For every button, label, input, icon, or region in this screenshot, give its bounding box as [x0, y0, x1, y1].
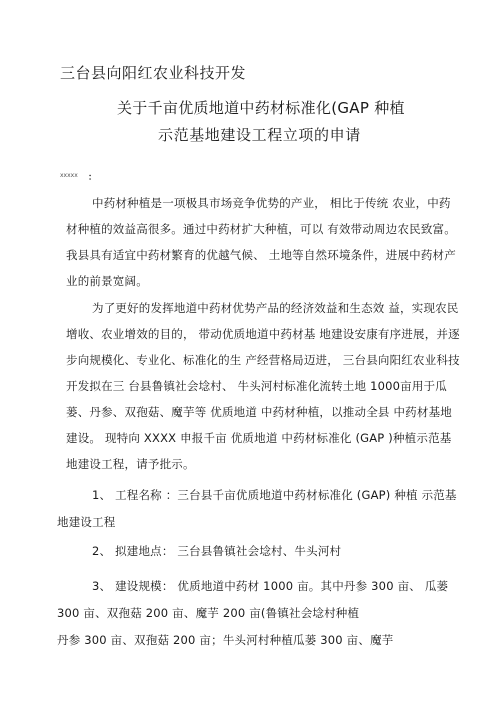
list-item-1: 1、 工程名称 ：三台县千亩优质地道中药材标准化 (GAP) 种植 示范基 [92, 487, 457, 503]
paragraph-line: 增收、农业增效的目的， 带动优质地道中药材基 地建设安康有序进展，并逐 [66, 326, 460, 342]
paragraph-line: 步向规模化、专业化、标准化的生 产经营格局迈进， 三台县向阳红农业科技 [66, 352, 460, 368]
paragraph-line: 为了更好的发挥地道中药材优势产品的经济效益和生态效 益，实现农民 [92, 300, 459, 316]
salutation-colon: ： [88, 170, 97, 183]
paragraph-line: 中药材种植是一项极具市场竞争优势的产业， 相比于传统 农业，中药 [92, 195, 451, 211]
paragraph-line: 材种植的效益高很多。通过中药材扩大种植，可以 有效带动周边农民致富。 [66, 221, 456, 237]
paragraph-line: 开发拟在三 台县鲁镇社会埝村、 牛头河村标准化流转土地 1000亩用于瓜 [66, 378, 447, 394]
list-item-1-cont: 地建设工程 [57, 514, 116, 530]
paragraph-line: 业的前景宽阔。 [66, 273, 148, 289]
title-line-2: 示范基地建设工程立项的申请 [158, 124, 361, 145]
organization-name: 三台县向阳红农业科技开发 [60, 62, 246, 83]
paragraph-line: 我县具有适宜中药材繁育的优越气候、 土地等自然环境条件，进展中药材产 [66, 247, 456, 263]
paragraph-line: 蒌、丹参、双孢菇、魔芋等 优质地道 中药材种植，以推动全县 中药材基地 [66, 404, 452, 420]
salutation: xxxxx [60, 172, 78, 179]
list-item-2: 2、 拟建地点： 三台县鲁镇社会埝村、牛头河村 [92, 543, 341, 559]
title-line-1: 关于千亩优质地道中药材标准化(GAP 种植 [117, 97, 405, 118]
paragraph-line: 地建设工程，请予批示。 [66, 456, 195, 472]
list-item-3-cont: 丹参 300 亩、双孢菇 200 亩；牛头河村种植瓜蒌 300 亩、魔芋 [57, 632, 393, 648]
list-item-3-cont: 300 亩、双孢菇 200 亩、魔芋 200 亩(鲁镇社会埝村种植 [57, 605, 359, 621]
list-item-3: 3、 建设规模： 优质地道中药材 1000 亩。其中丹参 300 亩、 瓜蒌 [92, 578, 448, 594]
paragraph-line: 建设。 现特向 XXXX 申报千亩 优质地道 中药材标准化 (GAP )种植示范… [66, 430, 452, 446]
